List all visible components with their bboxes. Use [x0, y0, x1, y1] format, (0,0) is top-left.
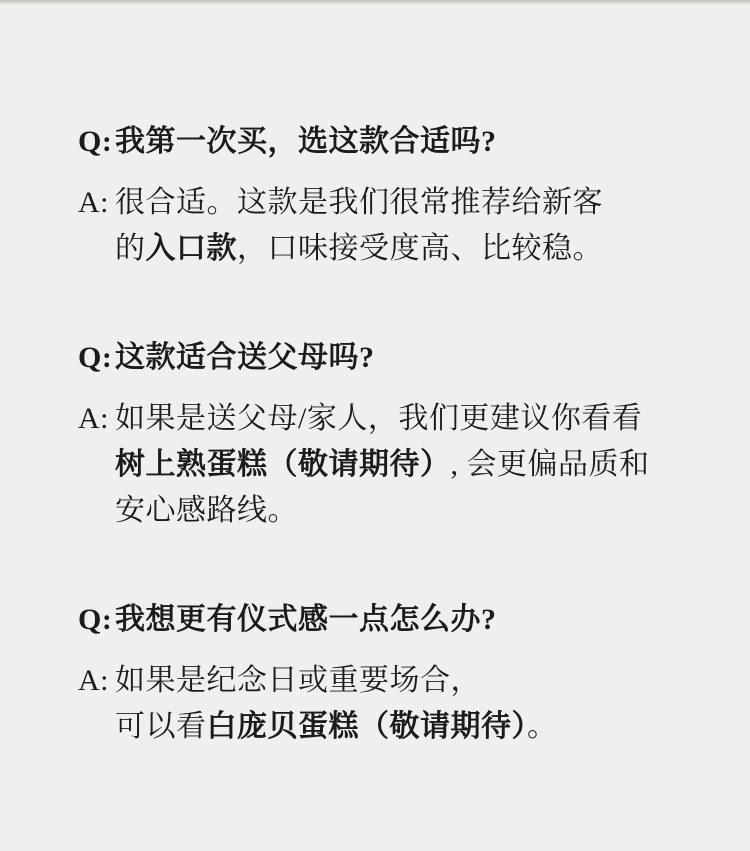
- faq-section: Q:我第一次买，选这款合适吗?A:很合适。这款是我们很常推荐给新客的入口款，口味…: [0, 4, 750, 750]
- answer-line: 树上熟蛋糕（敬请期待）, 会更偏品质和: [115, 442, 695, 488]
- answer-emphasis-text: 入口款: [146, 232, 238, 265]
- product-detail-faq-screen: Q:我第一次买，选这款合适吗?A:很合适。这款是我们很常推荐给新客的入口款，口味…: [0, 0, 750, 851]
- answer-line: 如果是纪念日或重要场合，: [115, 658, 695, 704]
- answer-line: 安心感路线。: [115, 488, 695, 534]
- answer-text: 安心感路线。: [115, 494, 298, 527]
- answer-prefix: A:: [78, 180, 115, 272]
- answer-block: A:如果是纪念日或重要场合，可以看白庞贝蛋糕（敬请期待）。: [78, 658, 695, 750]
- question-line: Q:这款适合送父母吗?: [78, 334, 695, 381]
- question-line: Q:我第一次买，选这款合适吗?: [78, 118, 695, 165]
- answer-emphasis-text: 白庞贝蛋糕（敬请期待）: [207, 710, 528, 743]
- question-prefix: Q:: [78, 596, 115, 643]
- faq-item: Q:我第一次买，选这款合适吗?A:很合适。这款是我们很常推荐给新客的入口款，口味…: [78, 118, 695, 272]
- answer-prefix: A:: [78, 658, 115, 750]
- question-prefix: Q:: [78, 118, 115, 165]
- faq-item: Q:这款适合送父母吗?A:如果是送父母/家人，我们更建议你看看树上熟蛋糕（敬请期…: [78, 334, 695, 534]
- answer-text: 如果是纪念日或重要场合，: [115, 664, 481, 697]
- answer-text: 如果是送父母/家人，我们更建议你看看: [115, 402, 642, 435]
- answer-text: 。: [527, 710, 558, 743]
- answer-prefix: A:: [78, 396, 115, 534]
- answer-lines: 如果是纪念日或重要场合，可以看白庞贝蛋糕（敬请期待）。: [115, 658, 695, 750]
- answer-block: A:如果是送父母/家人，我们更建议你看看树上熟蛋糕（敬请期待）, 会更偏品质和安…: [78, 396, 695, 534]
- answer-text: 很合适。这款是我们很常推荐给新客: [115, 186, 603, 219]
- question-prefix: Q:: [78, 334, 115, 381]
- answer-text: , 会更偏品质和: [451, 448, 650, 481]
- answer-emphasis-text: 树上熟蛋糕（敬请期待）: [115, 448, 451, 481]
- answer-text: 的: [115, 232, 146, 265]
- answer-lines: 很合适。这款是我们很常推荐给新客的入口款，口味接受度高、比较稳。: [115, 180, 695, 272]
- answer-line: 很合适。这款是我们很常推荐给新客: [115, 180, 695, 226]
- answer-text: ，口味接受度高、比较稳。: [237, 232, 603, 265]
- answer-block: A:很合适。这款是我们很常推荐给新客的入口款，口味接受度高、比较稳。: [78, 180, 695, 272]
- question-line: Q:我想更有仪式感一点怎么办?: [78, 596, 695, 643]
- faq-item: Q:我想更有仪式感一点怎么办?A:如果是纪念日或重要场合，可以看白庞贝蛋糕（敬请…: [78, 596, 695, 750]
- answer-lines: 如果是送父母/家人，我们更建议你看看树上熟蛋糕（敬请期待）, 会更偏品质和安心感…: [115, 396, 695, 534]
- answer-line: 的入口款，口味接受度高、比较稳。: [115, 226, 695, 272]
- question-text: 我第一次买，选这款合适吗?: [115, 118, 497, 165]
- question-text: 我想更有仪式感一点怎么办?: [115, 596, 497, 643]
- answer-line: 可以看白庞贝蛋糕（敬请期待）。: [115, 704, 695, 750]
- answer-text: 可以看: [115, 710, 207, 743]
- answer-line: 如果是送父母/家人，我们更建议你看看: [115, 396, 695, 442]
- question-text: 这款适合送父母吗?: [115, 334, 375, 381]
